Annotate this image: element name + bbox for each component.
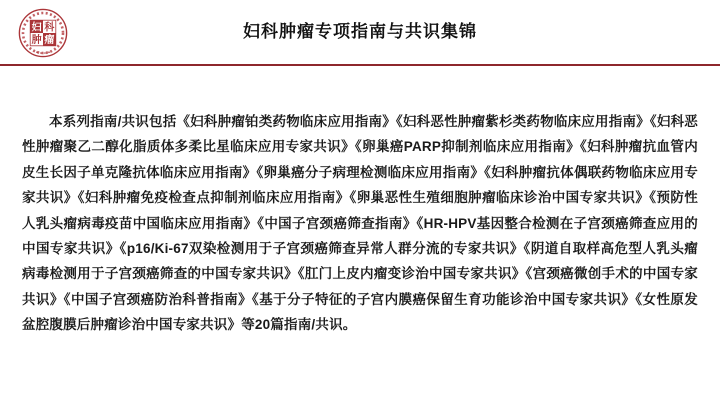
slide-body: 本系列指南/共识包括《妇科肿瘤铂类药物临床应用指南》《妇科恶性肿瘤紫杉类药物临床… <box>22 109 698 338</box>
page-title: 妇科肿瘤专项指南与共识集锦 <box>0 17 720 42</box>
slide: 妇 科 肿 瘤 妇科肿瘤专项指南与共识集锦 本系列指南/共识包括《妇科肿瘤铂类药… <box>0 0 720 405</box>
slide-header: 妇 科 肿 瘤 妇科肿瘤专项指南与共识集锦 <box>0 0 720 66</box>
guidelines-paragraph: 本系列指南/共识包括《妇科肿瘤铂类药物临床应用指南》《妇科恶性肿瘤紫杉类药物临床… <box>22 109 698 338</box>
